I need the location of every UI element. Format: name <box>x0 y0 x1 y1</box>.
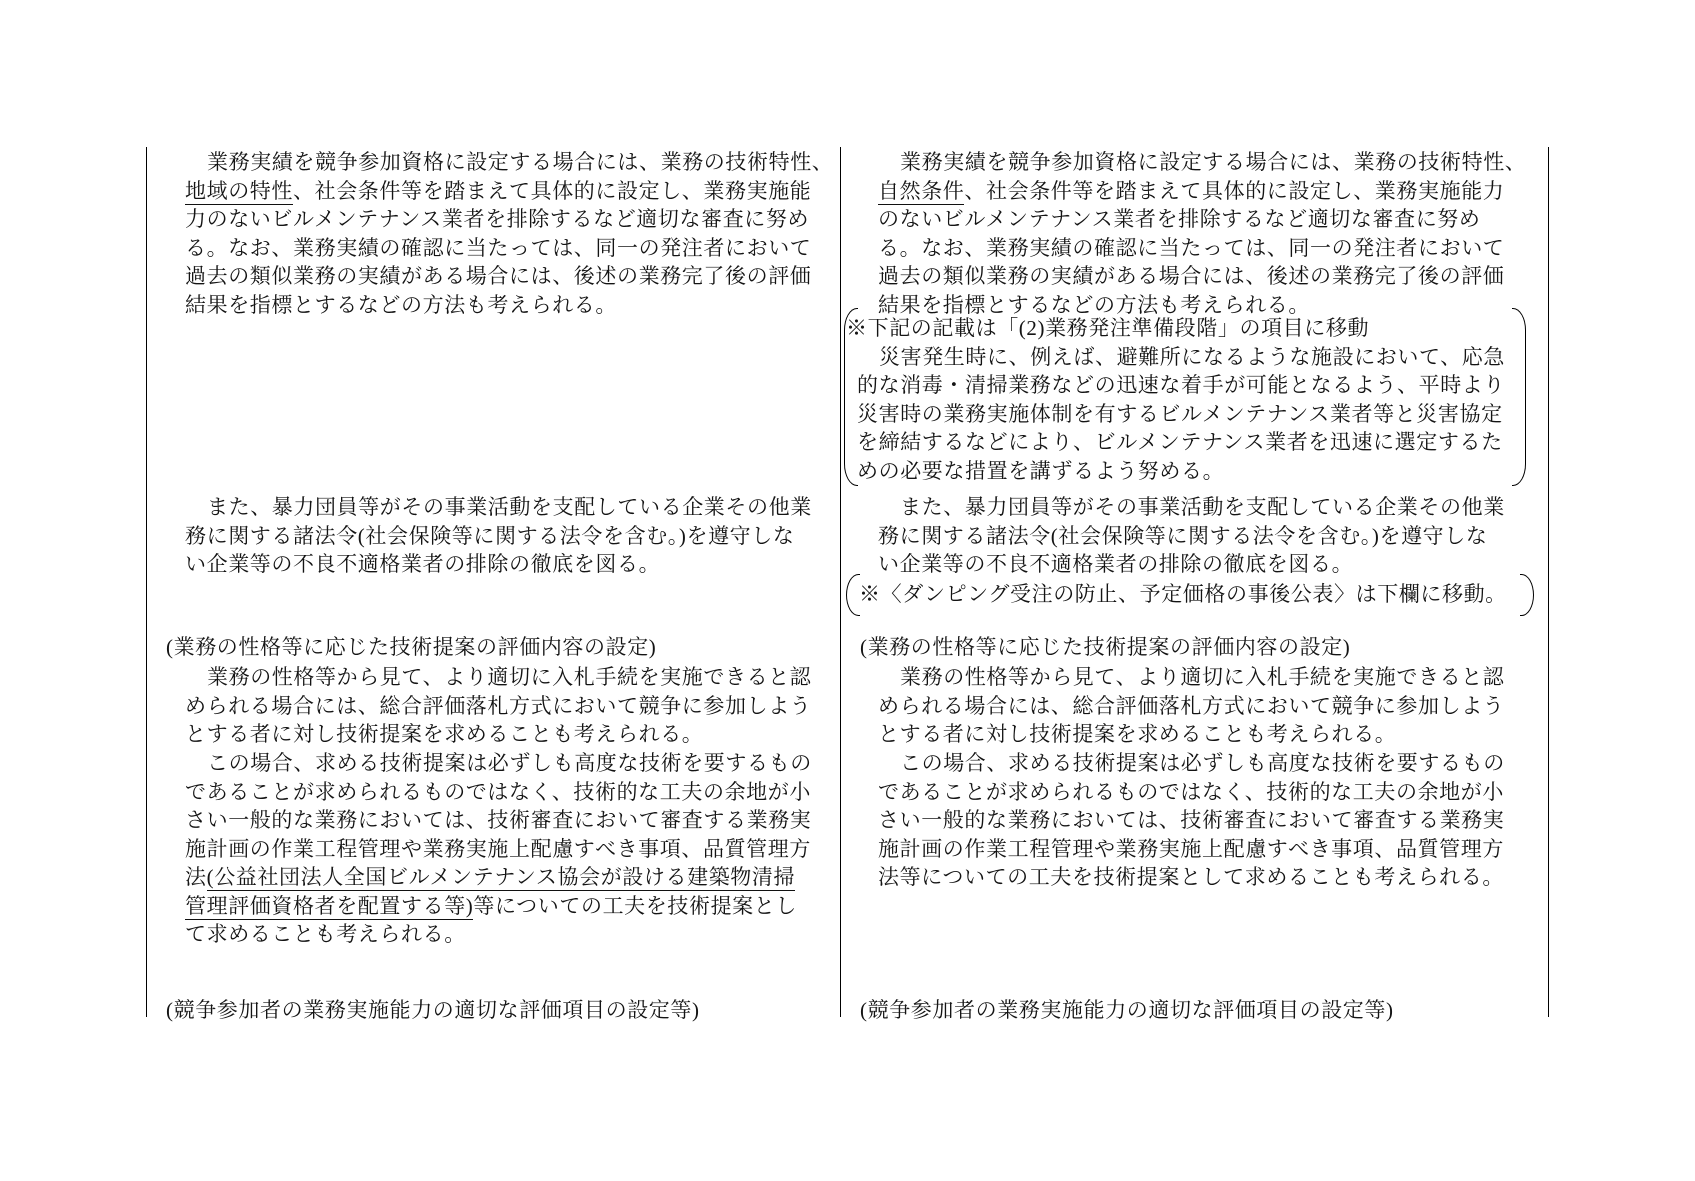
text-segment: であることが求められるものではなく、技術的な工夫の余地が小 <box>878 780 1504 804</box>
text-line: 過去の類似業務の実績がある場合には、後述の業務完了後の評価 <box>878 262 1526 291</box>
text-segment: この場合、求める技術提案は必ずしも高度な技術を要するもの <box>900 751 1505 775</box>
text-line: (業務の性格等に応じた技術提案の評価内容の設定) <box>166 633 656 662</box>
text-line: る。なお、業務実績の確認に当たっては、同一の発注者において <box>185 234 833 263</box>
text-line: められる場合には、総合評価落札方式において競争に参加しよう <box>185 692 811 721</box>
text-segment: 過去の類似業務の実績がある場合には、後述の業務完了後の評価 <box>878 264 1504 288</box>
text-line: のないビルメンテナンス業者を排除するなど適切な審査に努め <box>878 205 1526 234</box>
text-segment: とする者に対し技術提案を求めることも考えられる。 <box>878 722 1396 746</box>
text-line: 業務実績を競争参加資格に設定する場合には、業務の技術特性、 <box>185 148 833 177</box>
text-line: めの必要な措置を講ずるよう努める。 <box>857 457 1511 486</box>
text-segment: い企業等の不良不適格業者の排除の徹底を図る。 <box>878 552 1353 576</box>
text-line: ※〈ダンピング受注の防止、予定価格の事後公表〉は下欄に移動。 <box>859 580 1519 609</box>
text-segment: 的な消毒・清掃業務などの迅速な着手が可能となるよう、平時より <box>857 373 1505 397</box>
text-segment: 法等についての工夫を技術提案として求めることも考えられる。 <box>878 865 1504 889</box>
text-line: 法等についての工夫を技術提案として求めることも考えられる。 <box>878 863 1505 892</box>
callout-bracket-right <box>1512 308 1526 486</box>
text-segment: 過去の類似業務の実績がある場合には、後述の業務完了後の評価 <box>185 264 811 288</box>
text-segment: とする者に対し技術提案を求めることも考えられる。 <box>185 722 703 746</box>
text-line: この場合、求める技術提案は必ずしも高度な技術を要するもの <box>878 749 1505 778</box>
text-line: さい一般的な業務においては、技術審査において審査する業務実 <box>878 806 1505 835</box>
callout-bracket-right <box>1520 574 1534 616</box>
paragraph-right: 業務実績を競争参加資格に設定する場合には、業務の技術特性、自然条件、社会条件等を… <box>878 148 1526 319</box>
section-heading-right: (競争参加者の業務実施能力の適切な評価項目の設定等) <box>860 996 1394 1025</box>
paragraph-left: また、暴力団員等がその事業活動を支配している企業その他業務に関する諸法令(社会保… <box>185 493 812 579</box>
underlined-revision-text: 地域の特性 <box>185 179 293 205</box>
text-segment: 務に関する諸法令(社会保険等に関する法令を含む。)を遵守しな <box>185 524 794 548</box>
text-segment: 法 <box>185 865 207 889</box>
text-segment: る。なお、業務実績の確認に当たっては、同一の発注者において <box>878 236 1504 260</box>
text-segment: められる場合には、総合評価落札方式において競争に参加しよう <box>878 694 1504 718</box>
paragraph-right: また、暴力団員等がその事業活動を支配している企業その他業務に関する諸法令(社会保… <box>878 493 1505 579</box>
text-segment: であることが求められるものではなく、技術的な工夫の余地が小 <box>185 780 811 804</box>
callout-text: ※〈ダンピング受注の防止、予定価格の事後公表〉は下欄に移動。 <box>859 580 1519 609</box>
text-segment: 災害時の業務実施体制を有するビルメンテナンス業者等と災害協定 <box>857 402 1503 426</box>
text-line: 務に関する諸法令(社会保険等に関する法令を含む。)を遵守しな <box>878 522 1505 551</box>
underlined-revision-text: (公益社団法人全国ビルメンテナンス協会が設ける建築物清掃 <box>207 865 795 891</box>
text-line: (競争参加者の業務実施能力の適切な評価項目の設定等) <box>166 996 700 1025</box>
revision-note-callout: ※下記の記載は「(2)業務発注準備段階」の項目に移動災害発生時に、例えば、避難所… <box>844 308 1526 486</box>
text-segment: 業務の性格等から見て、より適切に入札手続を実施できると認 <box>900 665 1504 689</box>
text-line: (競争参加者の業務実施能力の適切な評価項目の設定等) <box>860 996 1394 1025</box>
text-segment: のないビルメンテナンス業者を排除するなど適切な審査に努め <box>878 207 1481 231</box>
text-segment: 力のないビルメンテナンス業者を排除するなど適切な審査に努め <box>185 207 809 231</box>
text-line: 災害発生時に、例えば、避難所になるような施設において、応急 <box>857 343 1511 372</box>
section-heading-right: (業務の性格等に応じた技術提案の評価内容の設定) <box>860 633 1350 662</box>
underlined-revision-text: 自然条件 <box>878 179 964 205</box>
text-segment: この場合、求める技術提案は必ずしも高度な技術を要するもの <box>207 751 812 775</box>
underlined-revision-text: 管理評価資格者を配置する等) <box>185 894 473 920</box>
text-segment: 災害発生時に、例えば、避難所になるような施設において、応急 <box>879 345 1505 369</box>
paragraph-left: 業務の性格等から見て、より適切に入札手続を実施できると認められる場合には、総合評… <box>185 663 811 749</box>
text-segment: めの必要な措置を講ずるよう努める。 <box>857 459 1224 483</box>
text-line: 法(公益社団法人全国ビルメンテナンス協会が設ける建築物清掃 <box>185 863 812 892</box>
text-segment: い企業等の不良不適格業者の排除の徹底を図る。 <box>185 552 660 576</box>
text-line: この場合、求める技術提案は必ずしも高度な技術を要するもの <box>185 749 812 778</box>
text-line: 地域の特性、社会条件等を踏まえて具体的に設定し、業務実施能 <box>185 177 833 206</box>
text-line: る。なお、業務実績の確認に当たっては、同一の発注者において <box>878 234 1526 263</box>
text-line: また、暴力団員等がその事業活動を支配している企業その他業 <box>185 493 812 522</box>
text-line: 力のないビルメンテナンス業者を排除するなど適切な審査に努め <box>185 205 833 234</box>
text-line: であることが求められるものではなく、技術的な工夫の余地が小 <box>185 778 812 807</box>
text-line: とする者に対し技術提案を求めることも考えられる。 <box>185 720 811 749</box>
text-segment: 等についての工夫を技術提案とし <box>473 894 797 918</box>
revision-note-callout: ※〈ダンピング受注の防止、予定価格の事後公表〉は下欄に移動。 <box>846 574 1534 616</box>
text-line: とする者に対し技術提案を求めることも考えられる。 <box>878 720 1504 749</box>
text-segment: (業務の性格等に応じた技術提案の評価内容の設定) <box>860 635 1350 659</box>
text-segment: 、社会条件等を踏まえて具体的に設定し、業務実施能 <box>293 179 811 203</box>
text-line: て求めることも考えられる。 <box>185 920 812 949</box>
text-line: を締結するなどにより、ビルメンテナンス業者を迅速に選定するた <box>857 428 1511 457</box>
text-segment: 、社会条件等を踏まえて具体的に設定し、業務実施能力 <box>964 179 1504 203</box>
section-heading-left: (競争参加者の業務実施能力の適切な評価項目の設定等) <box>166 996 700 1025</box>
text-segment: また、暴力団員等がその事業活動を支配している企業その他業 <box>207 495 812 519</box>
left-column-border <box>146 147 147 1017</box>
text-line: 務に関する諸法令(社会保険等に関する法令を含む。)を遵守しな <box>185 522 812 551</box>
text-line: 自然条件、社会条件等を踏まえて具体的に設定し、業務実施能力 <box>878 177 1526 206</box>
text-line: さい一般的な業務においては、技術審査において審査する業務実 <box>185 806 812 835</box>
section-heading-left: (業務の性格等に応じた技術提案の評価内容の設定) <box>166 633 656 662</box>
text-segment: さい一般的な業務においては、技術審査において審査する業務実 <box>185 808 811 832</box>
text-segment: (競争参加者の業務実施能力の適切な評価項目の設定等) <box>860 998 1394 1022</box>
text-segment: 施計画の作業工程管理や業務実施上配慮すべき事項、品質管理方 <box>878 837 1504 861</box>
text-segment: て求めることも考えられる。 <box>185 922 466 946</box>
text-line: 的な消毒・清掃業務などの迅速な着手が可能となるよう、平時より <box>857 371 1511 400</box>
paragraph-left: この場合、求める技術提案は必ずしも高度な技術を要するものであることが求められるも… <box>185 749 812 949</box>
paragraph-right: 業務の性格等から見て、より適切に入札手続を実施できると認められる場合には、総合評… <box>878 663 1504 749</box>
text-segment: 務に関する諸法令(社会保険等に関する法令を含む。)を遵守しな <box>878 524 1487 548</box>
text-line: 管理評価資格者を配置する等)等についての工夫を技術提案とし <box>185 892 812 921</box>
right-column-border <box>1548 147 1549 1017</box>
text-line: 業務の性格等から見て、より適切に入札手続を実施できると認 <box>185 663 811 692</box>
text-segment: ※〈ダンピング受注の防止、予定価格の事後公表〉は下欄に移動。 <box>859 582 1507 606</box>
text-line: 業務の性格等から見て、より適切に入札手続を実施できると認 <box>878 663 1504 692</box>
text-segment: る。なお、業務実績の確認に当たっては、同一の発注者において <box>185 236 811 260</box>
text-segment: 業務実績を競争参加資格に設定する場合には、業務の技術特性、 <box>207 150 833 174</box>
text-segment: (競争参加者の業務実施能力の適切な評価項目の設定等) <box>166 998 700 1022</box>
paragraph-right: この場合、求める技術提案は必ずしも高度な技術を要するものであることが求められるも… <box>878 749 1505 892</box>
text-line: 施計画の作業工程管理や業務実施上配慮すべき事項、品質管理方 <box>185 835 812 864</box>
text-line: 業務実績を競争参加資格に設定する場合には、業務の技術特性、 <box>878 148 1526 177</box>
text-segment: 施計画の作業工程管理や業務実施上配慮すべき事項、品質管理方 <box>185 837 811 861</box>
column-divider <box>840 147 841 1017</box>
text-segment: 結果を指標とするなどの方法も考えられる。 <box>185 293 617 317</box>
paragraph-left: 業務実績を競争参加資格に設定する場合には、業務の技術特性、地域の特性、社会条件等… <box>185 148 833 319</box>
callout-text: ※下記の記載は「(2)業務発注準備段階」の項目に移動災害発生時に、例えば、避難所… <box>857 314 1511 485</box>
text-segment: また、暴力団員等がその事業活動を支配している企業その他業 <box>900 495 1505 519</box>
text-line: 災害時の業務実施体制を有するビルメンテナンス業者等と災害協定 <box>857 400 1511 429</box>
text-line: 過去の類似業務の実績がある場合には、後述の業務完了後の評価 <box>185 262 833 291</box>
text-line: められる場合には、総合評価落札方式において競争に参加しよう <box>878 692 1504 721</box>
text-segment: さい一般的な業務においては、技術審査において審査する業務実 <box>878 808 1504 832</box>
text-segment: (業務の性格等に応じた技術提案の評価内容の設定) <box>166 635 656 659</box>
text-line: い企業等の不良不適格業者の排除の徹底を図る。 <box>185 550 812 579</box>
text-line: 施計画の作業工程管理や業務実施上配慮すべき事項、品質管理方 <box>878 835 1505 864</box>
text-segment: ※下記の記載は「(2)業務発注準備段階」の項目に移動 <box>846 316 1369 340</box>
revision-note-line: ※下記の記載は「(2)業務発注準備段階」の項目に移動 <box>846 314 1511 343</box>
text-line: (業務の性格等に応じた技術提案の評価内容の設定) <box>860 633 1350 662</box>
text-segment: められる場合には、総合評価落札方式において競争に参加しよう <box>185 694 811 718</box>
text-segment: 業務の性格等から見て、より適切に入札手続を実施できると認 <box>207 665 811 689</box>
text-line: また、暴力団員等がその事業活動を支配している企業その他業 <box>878 493 1505 522</box>
text-line: であることが求められるものではなく、技術的な工夫の余地が小 <box>878 778 1505 807</box>
text-line: 結果を指標とするなどの方法も考えられる。 <box>185 291 833 320</box>
text-segment: 業務実績を競争参加資格に設定する場合には、業務の技術特性、 <box>900 150 1526 174</box>
text-segment: を締結するなどにより、ビルメンテナンス業者を迅速に選定するた <box>857 430 1503 454</box>
callout-bracket-left <box>846 574 860 616</box>
document-page: 業務実績を競争参加資格に設定する場合には、業務の技術特性、地域の特性、社会条件等… <box>0 0 1695 1181</box>
